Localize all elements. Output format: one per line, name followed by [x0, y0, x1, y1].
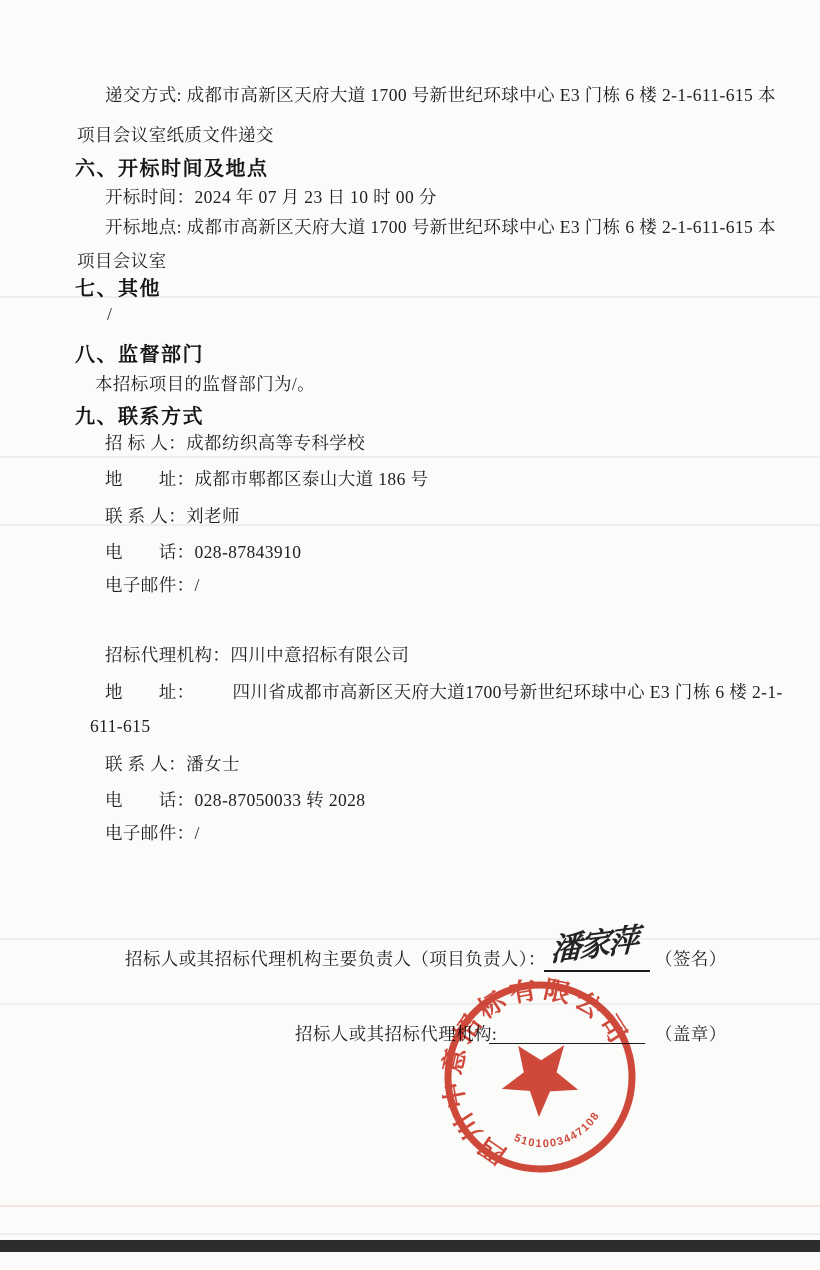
contact-person-label: 联 系 人： [105, 503, 186, 528]
stamp-suffix: （盖章） [655, 1021, 727, 1046]
bid-opening-time: 开标时间：2024 年 07 月 23 日 10 时 00 分 [105, 184, 437, 209]
scan-streak [0, 938, 820, 940]
agency-address-label: 地 址： [105, 679, 195, 704]
bid-opening-place-line1: 开标地点: 成都市高新区天府大道 1700 号新世纪环球中心 E3 门栋 6 楼… [105, 214, 776, 239]
tenderer-value: 成都纺织高等专科学校 [186, 430, 365, 455]
svg-text:5101003447108: 5101003447108 [509, 1087, 606, 1173]
scan-streak [0, 1205, 820, 1207]
delivery-method-line2: 项目会议室纸质文件递交 [77, 122, 274, 147]
section8-heading: 八、监督部门 [75, 338, 204, 367]
agency-value: 四川中意招标有限公司 [230, 642, 409, 667]
svg-text:四川中意招标有限公司: 四川中意招标有限公司 [440, 977, 640, 1176]
company-seal: 四川中意招标有限公司 5101003447108 [440, 977, 640, 1177]
stamp-underline [489, 1021, 645, 1044]
scan-streak [0, 456, 820, 458]
section7-heading: 七、其他 [75, 272, 161, 301]
seal-ring [440, 977, 640, 1177]
tenderer-line: 招 标 人：成都纺织高等专科学校 [105, 430, 365, 455]
tenderer-phone-line: 电 话：028-87843910 [105, 539, 301, 564]
agency-phone-line: 电 话：028-87050033 转 2028 [105, 787, 365, 812]
scan-streak [0, 1003, 820, 1005]
tenderer-label: 招 标 人： [105, 430, 186, 455]
document-page: 递交方式: 成都市高新区天府大道 1700 号新世纪环球中心 E3 门栋 6 楼… [0, 0, 820, 1270]
tenderer-email-line: 电子邮件：/ [105, 572, 200, 597]
scan-streak [0, 1233, 820, 1235]
agency-email-value: / [195, 823, 200, 844]
phone-value: 028-87843910 [195, 542, 302, 563]
seal-group: 四川中意招标有限公司 5101003447108 [440, 977, 640, 1177]
delivery-method-line1: 递交方式: 成都市高新区天府大道 1700 号新世纪环球中心 E3 门栋 6 楼… [105, 82, 776, 107]
seal-company-text: 四川中意招标有限公司 [440, 977, 640, 1176]
email-label: 电子邮件： [105, 572, 195, 597]
leader-signoff-label: 招标人或其招标代理机构主要负责人（项目负责人）： [125, 949, 546, 969]
agency-phone-label: 电 话： [105, 787, 195, 812]
address-label: 地 址： [105, 466, 195, 491]
section6-heading: 六、开标时间及地点 [75, 152, 269, 181]
agency-address-line2: 611-615 [90, 716, 150, 737]
agency-contact-label: 联 系 人： [105, 751, 186, 776]
agency-name-line: 招标代理机构：四川中意招标有限公司 [105, 642, 409, 667]
bid-opening-place-line2: 项目会议室 [77, 248, 167, 273]
section8-content: 本招标项目的监督部门为/。 [95, 371, 315, 396]
agency-email-label: 电子邮件： [105, 820, 195, 845]
section9-heading: 九、联系方式 [75, 400, 204, 429]
address-value: 成都市郫都区泰山大道 186 号 [195, 466, 429, 491]
tenderer-address-line: 地 址：成都市郫都区泰山大道 186 号 [105, 466, 428, 491]
agency-phone-value: 028-87050033 转 2028 [195, 787, 366, 812]
tenderer-contact-line: 联 系 人：刘老师 [105, 503, 240, 528]
org-signoff-line: 招标人或其招标代理机构: [295, 1021, 497, 1046]
phone-label: 电 话： [105, 539, 195, 564]
agency-address-value: 四川省成都市高新区天府大道1700号新世纪环球中心 E3 门栋 6 楼 2-1- [233, 679, 783, 704]
agency-contact-line: 联 系 人：潘女士 [105, 751, 240, 776]
agency-label: 招标代理机构： [105, 642, 230, 667]
agency-contact-value: 潘女士 [186, 751, 240, 776]
section7-content: / [107, 304, 112, 325]
contact-person-value: 刘老师 [186, 503, 240, 528]
scan-edge-bar [0, 1240, 820, 1252]
seal-number-text: 5101003447108 [509, 1087, 606, 1173]
agency-address-line1: 地 址：四川省成都市高新区天府大道1700号新世纪环球中心 E3 门栋 6 楼 … [105, 679, 783, 704]
leader-signoff-line: 招标人或其招标代理机构主要负责人（项目负责人）： [125, 946, 546, 971]
signature-suffix: （签名） [655, 946, 727, 971]
agency-email-line: 电子邮件：/ [105, 820, 200, 845]
email-value: / [195, 575, 200, 596]
